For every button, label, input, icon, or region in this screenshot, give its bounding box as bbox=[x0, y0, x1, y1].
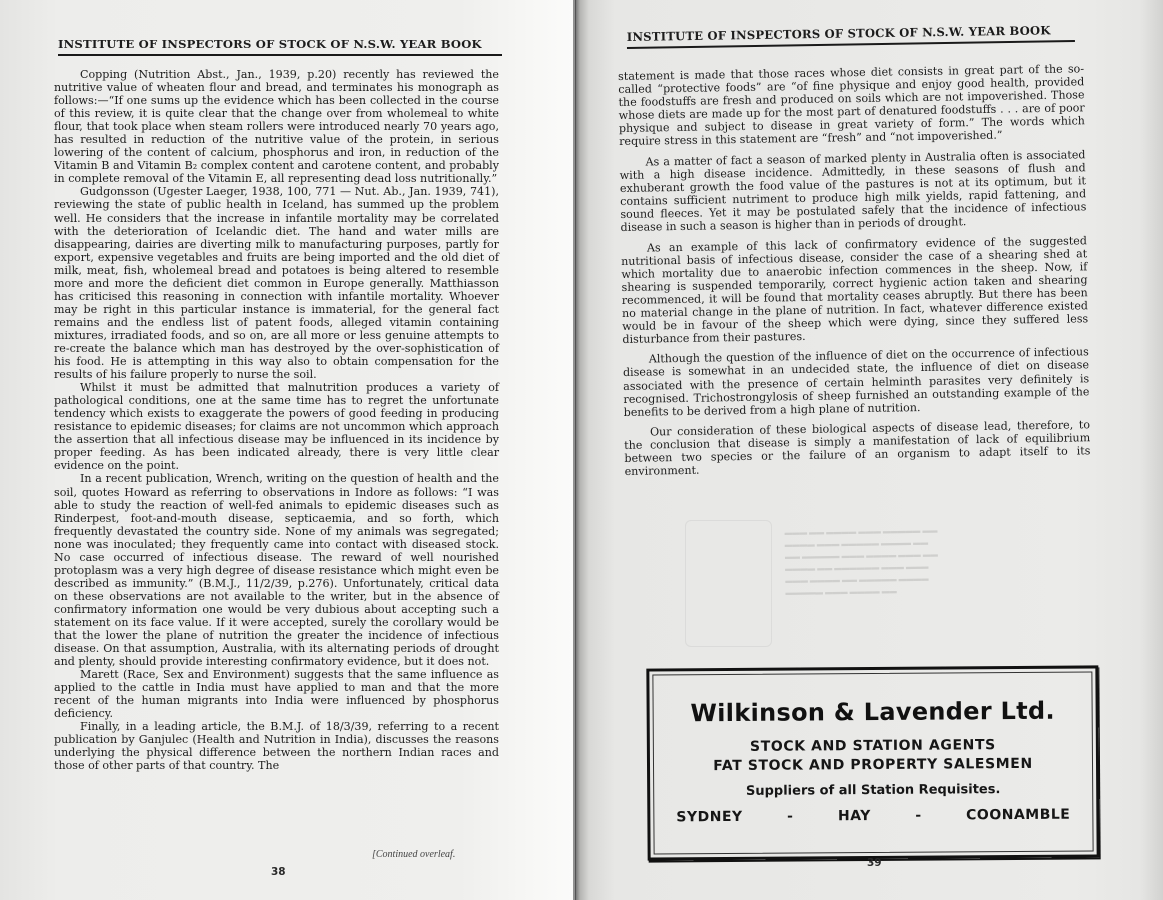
article-body: Copping (Nutrition Abst., Jan., 1939, p.… bbox=[54, 68, 499, 773]
paragraph: Finally, in a leading article, the B.M.J… bbox=[54, 720, 499, 772]
ad-location: SYDNEY bbox=[676, 809, 742, 825]
paragraph: statement is made that those races whose… bbox=[618, 62, 1085, 148]
page-number: 38 bbox=[271, 866, 286, 878]
article-body: statement is made that those races whose… bbox=[618, 62, 1091, 486]
advertisement: Wilkinson & Lavender Ltd. STOCK AND STAT… bbox=[646, 665, 1099, 860]
show-through-image bbox=[685, 520, 772, 647]
paragraph: Copping (Nutrition Abst., Jan., 1939, p.… bbox=[54, 68, 499, 185]
page-number: 39 bbox=[867, 857, 882, 869]
ad-company-name: Wilkinson & Lavender Ltd. bbox=[654, 696, 1092, 727]
ad-locations: SYDNEY - HAY - COONAMBLE bbox=[676, 807, 1070, 826]
paragraph: As an example of this lack of confirmato… bbox=[621, 234, 1089, 346]
advertisement-inner-border: Wilkinson & Lavender Ltd. STOCK AND STAT… bbox=[652, 671, 1093, 854]
running-head: INSTITUTE OF INSPECTORS OF STOCK OF N.S.… bbox=[58, 37, 502, 56]
left-page: INSTITUTE OF INSPECTORS OF STOCK OF N.S.… bbox=[0, 0, 575, 900]
paragraph: Although the question of the influence o… bbox=[623, 346, 1090, 419]
continued-note: [Continued overleaf. bbox=[372, 849, 455, 860]
right-page: INSTITUTE OF INSPECTORS OF STOCK OF N.S.… bbox=[575, 0, 1163, 900]
paragraph: Whilst it must be admitted that malnutri… bbox=[54, 381, 499, 472]
ad-location: COONAMBLE bbox=[966, 807, 1070, 824]
paragraph: In a recent publication, Wrench, writing… bbox=[54, 472, 499, 668]
ad-service-line: STOCK AND STATION AGENTS bbox=[654, 736, 1092, 755]
paragraph: Our consideration of these biological as… bbox=[624, 418, 1091, 478]
paragraph: As a matter of fact a season of marked p… bbox=[619, 148, 1086, 234]
show-through-text: ▬▬▬ ▬▬ ▬▬▬▬ ▬▬▬ ▬▬▬▬▬ ▬▬ ▬▬▬▬ ▬▬▬ ▬▬▬▬▬ … bbox=[784, 523, 1045, 599]
running-head: INSTITUTE OF INSPECTORS OF STOCK OF N.S.… bbox=[627, 23, 1075, 49]
paragraph: Gudgonsson (Ugester Laeger, 1938, 100, 7… bbox=[54, 185, 499, 381]
book-gutter bbox=[573, 0, 576, 900]
paragraph: Marett (Race, Sex and Environment) sugge… bbox=[54, 668, 499, 720]
ad-location: HAY bbox=[838, 808, 871, 824]
ad-separator: - bbox=[787, 809, 793, 825]
ad-separator: - bbox=[915, 808, 921, 824]
ad-service-line: FAT STOCK AND PROPERTY SALESMEN bbox=[654, 755, 1092, 774]
ad-tagline: Suppliers of all Station Requisites. bbox=[654, 781, 1092, 799]
